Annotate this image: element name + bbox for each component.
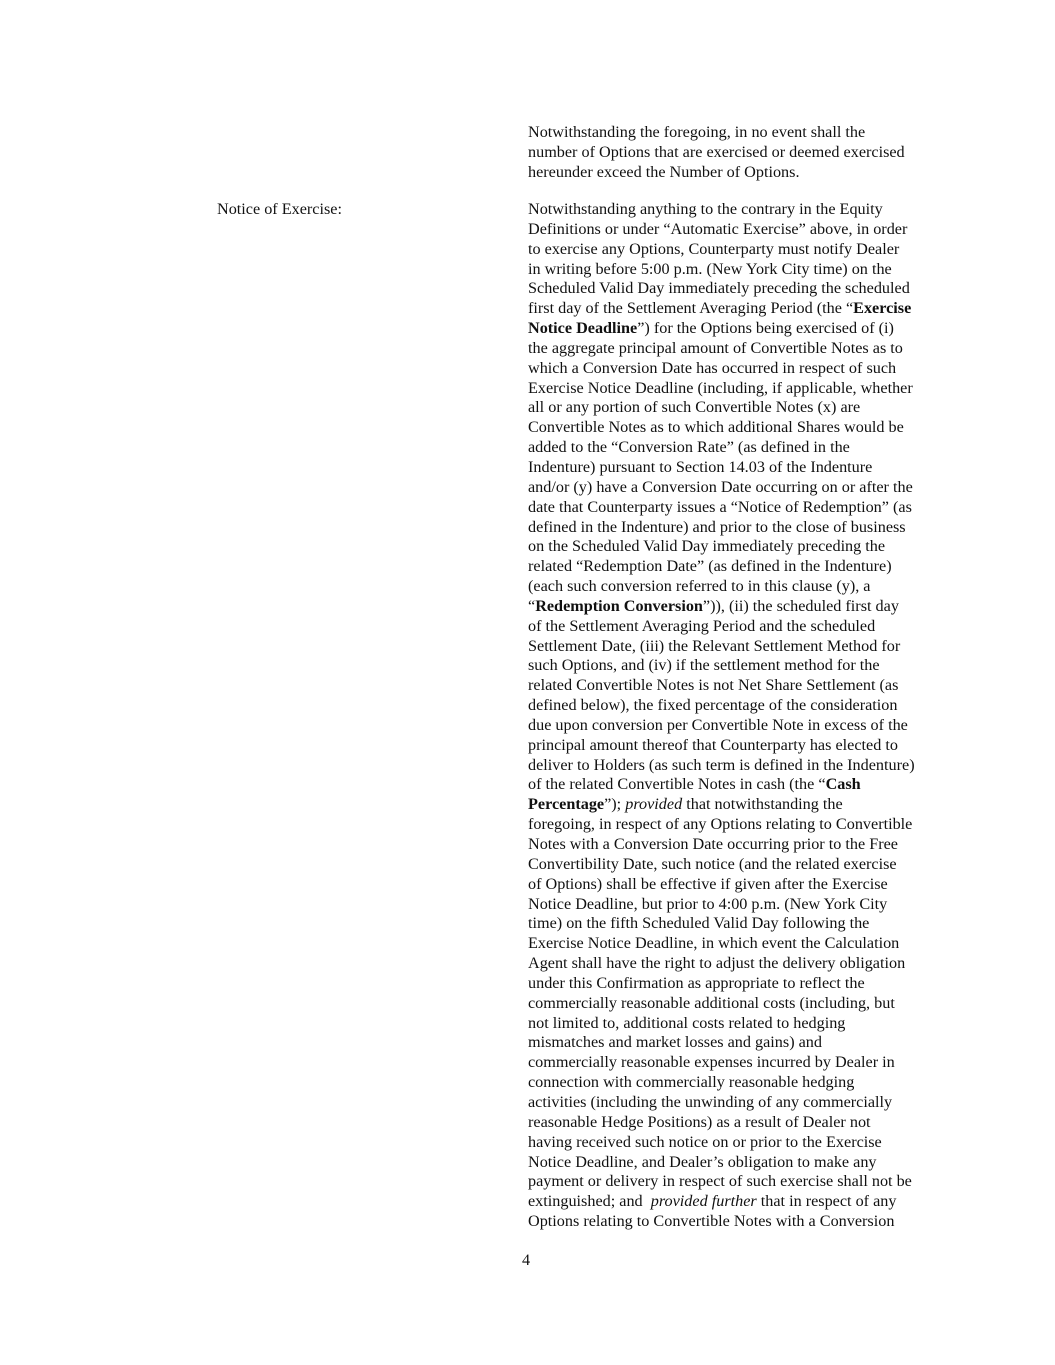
text-line: defined below), the fixed percentage of … [528, 696, 931, 716]
text-run: due upon conversion per Convertible Note… [528, 716, 908, 734]
text-line: of the related Convertible Notes in cash… [528, 775, 931, 795]
defined-term: Redemption Conversion [535, 597, 703, 615]
text-run: added to the “Conversion Rate” (as defin… [528, 438, 850, 456]
text-run: Convertibility Date, such notice (and th… [528, 855, 897, 873]
emphasis-text: provided further [651, 1192, 757, 1210]
text-run: Exercise Notice Deadline (including, if … [528, 379, 913, 397]
intro-paragraph: Notwithstanding the foregoing, in no eve… [528, 123, 931, 183]
text-run: reasonable Hedge Positions) as a result … [528, 1113, 871, 1131]
text-run: in writing before 5:00 p.m. (New York Ci… [528, 260, 892, 278]
text-run: foregoing, in respect of any Options rel… [528, 815, 912, 833]
text-line: commercially reasonable expenses incurre… [528, 1053, 931, 1073]
text-run: deliver to Holders (as such term is defi… [528, 756, 915, 774]
text-line: number of Options that are exercised or … [528, 143, 931, 163]
text-line: hereunder exceed the Number of Options. [528, 163, 931, 183]
text-line: mismatches and market losses and gains) … [528, 1033, 931, 1053]
text-run: commercially reasonable expenses incurre… [528, 1053, 895, 1071]
text-line: “Redemption Conversion”)), (ii) the sche… [528, 597, 931, 617]
text-line: of Options) shall be effective if given … [528, 875, 931, 895]
text-run: such Options, and (iv) if the settlement… [528, 656, 880, 674]
defined-term: Cash [826, 775, 861, 793]
text-line: and/or (y) have a Conversion Date occurr… [528, 478, 931, 498]
text-line: Settlement Date, (iii) the Relevant Sett… [528, 637, 931, 657]
text-line: added to the “Conversion Rate” (as defin… [528, 438, 931, 458]
text-run: Notes with a Conversion Date occurring p… [528, 835, 898, 853]
text-run: not limited to, additional costs related… [528, 1014, 845, 1032]
text-run: Convertible Notes as to which additional… [528, 418, 904, 436]
text-run: Settlement Date, (iii) the Relevant Sett… [528, 637, 900, 655]
text-line: activities (including the unwinding of a… [528, 1093, 931, 1113]
text-run: (each such conversion referred to in thi… [528, 577, 871, 595]
text-run: the aggregate principal amount of Conver… [528, 339, 903, 357]
text-line: Definitions or under “Automatic Exercise… [528, 220, 931, 240]
text-line: Indenture) pursuant to Section 14.03 of … [528, 458, 931, 478]
text-run: Notice Deadline, but prior to 4:00 p.m. … [528, 895, 887, 913]
text-run: principal amount thereof that Counterpar… [528, 736, 898, 754]
text-run: Scheduled Valid Day immediately precedin… [528, 279, 910, 297]
text-run: Indenture) pursuant to Section 14.03 of … [528, 458, 872, 476]
text-line: principal amount thereof that Counterpar… [528, 736, 931, 756]
text-line: all or any portion of such Convertible N… [528, 398, 931, 418]
defined-term: Exercise [853, 299, 911, 317]
text-line: which a Conversion Date has occurred in … [528, 359, 931, 379]
text-line: related Convertible Notes is not Net Sha… [528, 676, 931, 696]
text-run: Exercise Notice Deadline, in which event… [528, 934, 899, 952]
text-run: Notwithstanding anything to the contrary… [528, 200, 883, 218]
text-run: ”); [604, 795, 625, 813]
text-line: Exercise Notice Deadline, in which event… [528, 934, 931, 954]
notice-of-exercise-paragraph: Notwithstanding anything to the contrary… [528, 200, 931, 1232]
text-run: that in respect of any [757, 1192, 897, 1210]
text-line: having received such notice on or prior … [528, 1133, 931, 1153]
text-run: on the Scheduled Valid Day immediately p… [528, 537, 885, 555]
text-line: Convertible Notes as to which additional… [528, 418, 931, 438]
text-line: extinguished; and provided further that … [528, 1192, 931, 1212]
text-line: the aggregate principal amount of Conver… [528, 339, 931, 359]
text-line: Exercise Notice Deadline (including, if … [528, 379, 931, 399]
text-run: Agent shall have the right to adjust the… [528, 954, 905, 972]
text-run: defined in the Indenture) and prior to t… [528, 518, 906, 536]
text-line: related “Redemption Date” (as defined in… [528, 557, 931, 577]
text-run: which a Conversion Date has occurred in … [528, 359, 896, 377]
emphasis-text: provided [625, 795, 682, 813]
text-run: defined below), the fixed percentage of … [528, 696, 897, 714]
text-line: defined in the Indenture) and prior to t… [528, 518, 931, 538]
text-line: not limited to, additional costs related… [528, 1014, 931, 1034]
section-label-notice-of-exercise: Notice of Exercise: [217, 200, 342, 220]
text-run: mismatches and market losses and gains) … [528, 1033, 822, 1051]
text-line: Notice Deadline, and Dealer’s obligation… [528, 1153, 931, 1173]
text-run: having received such notice on or prior … [528, 1133, 882, 1151]
text-line: Percentage”); provided that notwithstand… [528, 795, 931, 815]
defined-term: Notice Deadline [528, 319, 637, 337]
page-number: 4 [522, 1251, 530, 1271]
text-run: date that Counterparty issues a “Notice … [528, 498, 912, 516]
text-line: such Options, and (iv) if the settlement… [528, 656, 931, 676]
text-run: to exercise any Options, Counterparty mu… [528, 240, 899, 258]
text-run: Options relating to Convertible Notes wi… [528, 1212, 894, 1230]
defined-term: Percentage [528, 795, 604, 813]
text-run: of the related Convertible Notes in cash… [528, 775, 826, 793]
text-run: related Convertible Notes is not Net Sha… [528, 676, 898, 694]
text-line: (each such conversion referred to in thi… [528, 577, 931, 597]
text-run: ”)), (ii) the scheduled first day [703, 597, 899, 615]
text-line: Scheduled Valid Day immediately precedin… [528, 279, 931, 299]
text-line: Notwithstanding anything to the contrary… [528, 200, 931, 220]
text-run: that notwithstanding the [682, 795, 843, 813]
text-line: Options relating to Convertible Notes wi… [528, 1212, 931, 1232]
text-line: under this Confirmation as appropriate t… [528, 974, 931, 994]
text-line: date that Counterparty issues a “Notice … [528, 498, 931, 518]
text-run: connection with commercially reasonable … [528, 1073, 854, 1091]
text-run: under this Confirmation as appropriate t… [528, 974, 865, 992]
text-line: to exercise any Options, Counterparty mu… [528, 240, 931, 260]
text-run: Definitions or under “Automatic Exercise… [528, 220, 907, 238]
text-run: all or any portion of such Convertible N… [528, 398, 860, 416]
text-line: in writing before 5:00 p.m. (New York Ci… [528, 260, 931, 280]
text-run: extinguished; and [528, 1192, 651, 1210]
text-line: of the Settlement Averaging Period and t… [528, 617, 931, 637]
text-line: time) on the fifth Scheduled Valid Day f… [528, 914, 931, 934]
text-line: foregoing, in respect of any Options rel… [528, 815, 931, 835]
text-line: on the Scheduled Valid Day immediately p… [528, 537, 931, 557]
text-run: activities (including the unwinding of a… [528, 1093, 892, 1111]
text-run: time) on the fifth Scheduled Valid Day f… [528, 914, 869, 932]
text-line: Notice Deadline, but prior to 4:00 p.m. … [528, 895, 931, 915]
text-run: payment or delivery in respect of such e… [528, 1172, 912, 1190]
text-line: Notes with a Conversion Date occurring p… [528, 835, 931, 855]
text-run: related “Redemption Date” (as defined in… [528, 557, 892, 575]
text-line: due upon conversion per Convertible Note… [528, 716, 931, 736]
text-line: Convertibility Date, such notice (and th… [528, 855, 931, 875]
text-run: of the Settlement Averaging Period and t… [528, 617, 875, 635]
text-run: ”) for the Options being exercised of (i… [637, 319, 894, 337]
text-line: Notice Deadline”) for the Options being … [528, 319, 931, 339]
text-line: reasonable Hedge Positions) as a result … [528, 1113, 931, 1133]
text-run: commercially reasonable additional costs… [528, 994, 895, 1012]
text-line: Agent shall have the right to adjust the… [528, 954, 931, 974]
text-line: Notwithstanding the foregoing, in no eve… [528, 123, 931, 143]
text-run: and/or (y) have a Conversion Date occurr… [528, 478, 913, 496]
text-line: first day of the Settlement Averaging Pe… [528, 299, 931, 319]
text-line: connection with commercially reasonable … [528, 1073, 931, 1093]
text-line: commercially reasonable additional costs… [528, 994, 931, 1014]
text-line: payment or delivery in respect of such e… [528, 1172, 931, 1192]
text-run: first day of the Settlement Averaging Pe… [528, 299, 853, 317]
text-run: of Options) shall be effective if given … [528, 875, 888, 893]
text-line: deliver to Holders (as such term is defi… [528, 756, 931, 776]
text-run: Notice Deadline, and Dealer’s obligation… [528, 1153, 877, 1171]
